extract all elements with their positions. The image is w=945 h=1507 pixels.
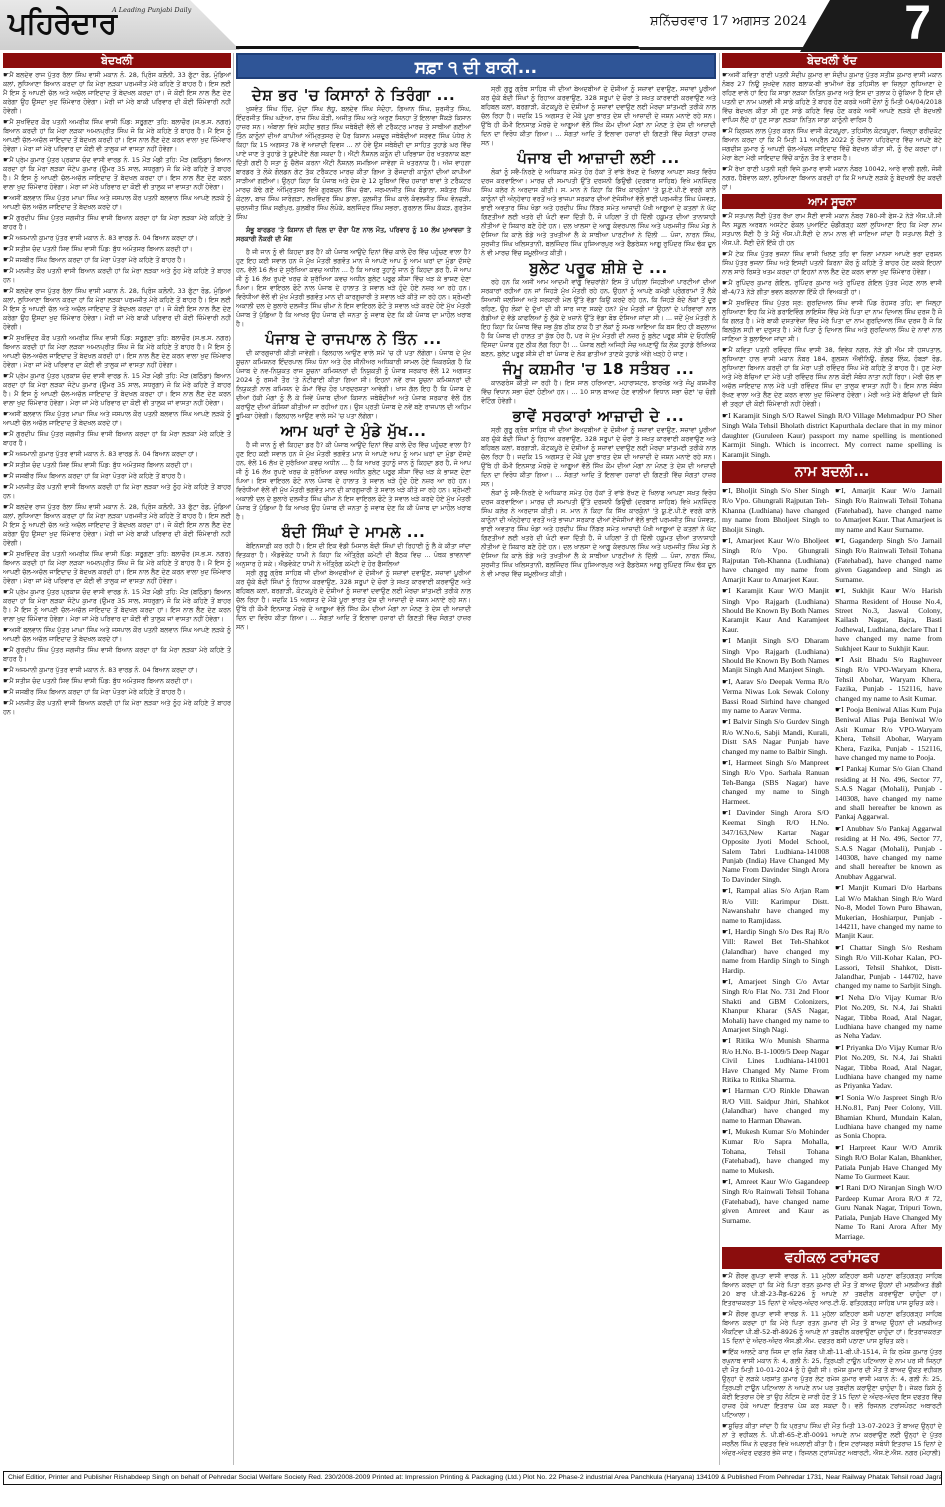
section-title-aam-suchna: ਆਮ ਸੂਚਨਾ bbox=[722, 194, 942, 209]
notice: I Davinder Singh Arora S/O Keemat Singh … bbox=[722, 808, 829, 884]
notice: ਮੈਂ ਗੁਰਦੀਪ ਸਿੰਘ ਪੁੱਤਰ ਜਗਜੀਤ ਸਿੰਘ ਵਾਸੀ ਬਿ… bbox=[3, 214, 231, 232]
column-divider bbox=[233, 53, 234, 1465]
notice: I, Amreet Kaur W/o Gagandeep Singh R/o R… bbox=[722, 1177, 829, 1225]
notice: ਮੈਂ ਗੌਰਵ ਗੁਪਤਾ ਵਾਸੀ ਵਾਰਡ ਨੰ. 11 ਮੁਹੱਲਾ ਕ… bbox=[722, 1272, 942, 1308]
notice: I Manjit Kumari D/o Harbans Lal W/o Makh… bbox=[835, 883, 942, 940]
article-body: ਬੇਇਨਸਾਫ਼ੀ ਕਰ ਰਹੀ ਹੈ। ਇਸ ਦੀ ਇਕ ਵੱਡੀ ਮਿਸਾਲ… bbox=[236, 542, 471, 569]
tagline: A Leading Punjabi Daily bbox=[112, 6, 191, 14]
notice: ਮੈਂ ਬਲਦੇਵ ਰਾਜ ਪੁੱਤਰ ਰੱਲਾ ਸਿੰਘ ਵਾਸੀ ਮਕਾਨ … bbox=[3, 287, 231, 332]
notice: ਮੈਂ ਕ੍ਰਿਸ਼ਨ ਲਾਲ ਪੁੱਤਰ ਕਰਨ ਸਿੰਘ ਵਾਸੀ ਕੋਟਕ… bbox=[722, 127, 942, 163]
notice: ਮੈਂ ਕਵਿਤਾ ਪਤਨੀ ਰਵਿੰਦਰ ਸਿੰਘ ਵਾਸੀ 38, ਵਿਵੇ… bbox=[722, 346, 942, 409]
notice: ਅਸੀਂ ਬਲਵਾਨ ਸਿੰਘ ਪੁੱਤਰ ਮਾਘਾ ਸਿੰਘ ਅਤੇ ਜਸਪਾ… bbox=[3, 194, 231, 212]
notice: I Anubhav S/o Pankaj Aggarwal residing a… bbox=[835, 824, 942, 881]
section-title-bedakhli: ਬੇਦਖਲੀ bbox=[3, 53, 231, 68]
section-title-bedakhli-radd: ਬੇਦਖਲੀ ਰੱਦ bbox=[722, 53, 942, 68]
article-body: ਦੀ ਕਾਰਗੁਜ਼ਾਰੀ ਕੀਤੀ ਜਾਵੇਗੀ। ਫਿਲਹਾਲ ਆਉਣ ਵਾ… bbox=[236, 349, 471, 421]
issue-date: ਸ਼ਨਿੱਚਰਵਾਰ 17 ਅਗਸਤ 2024 bbox=[650, 14, 807, 29]
notice: ਮੈਂ ਪ੍ਰੇਮ ਕੁਮਾਰ ਪੁੱਤਰ ਪ੍ਰਕਾਸ਼ ਚੰਦ ਵਾਸੀ ਵ… bbox=[3, 156, 231, 192]
article-body: ਸ੍ਰੀ ਗੁਰੂ ਗ੍ਰੰਥ ਸਾਹਿਬ ਜੀ ਦੀਆਂ ਬੇਅਦਬੀਆਂ ਦ… bbox=[481, 426, 716, 489]
article-headline: ਪੰਜਾਬ ਦੇ ਰਾਜਪਾਲ ਨੇ ਤਿੰਨ ... bbox=[236, 335, 471, 344]
notice: I, Aarav S/o Deepak Verma R/o Verma Niwa… bbox=[722, 677, 829, 716]
notice: ਮੈਂ ਜਸਬੀਰ ਸਿੰਘ ਬਿਆਨ ਕਰਦਾ ਹਾਂ ਕਿ ਮੇਰਾ ਪੋਤ… bbox=[3, 688, 231, 697]
notice: I Rani D/O Niranjan Singh W/O Pardeep Ku… bbox=[835, 1183, 942, 1240]
notice: I Neha D/o Vijay Kumar R/o Plot No.209, … bbox=[835, 993, 942, 1041]
right-column-classifieds: ਬੇਦਖਲੀ ਰੱਦ ਅਸੀਂ ਕਵਿਤਾ ਰਾਣੀ ਪਤਨੀ ਸੰਦੀਪ ਕੁ… bbox=[722, 53, 942, 1465]
notice: I Priyanka D/o Vijay Kumar R/o Plot No.2… bbox=[835, 1043, 942, 1091]
continued-from-page-1-banner: ਸਫ਼ਾ ੧ ਦੀ ਬਾਕੀ... bbox=[236, 53, 716, 79]
article-headline: ਪੰਜਾਬ ਦੀ ਆਜ਼ਾਦੀ ਲਈ ... bbox=[481, 154, 716, 163]
notice: ਮੈਂ ਪ੍ਰੇਮ ਕੁਮਾਰ ਪੁੱਤਰ ਪ੍ਰਕਾਸ਼ ਚੰਦ ਵਾਸੀ ਵ… bbox=[3, 372, 231, 408]
notice: I Ritika W/o Munish Sharma R/o H.No. B-1… bbox=[722, 1036, 829, 1084]
notice: ਮੈਂ ਸੁਖਵਿੰਦਰ ਸਿੰਘ ਪੁੱਤਰ ਸ੍ਰ: ਗੁਰਦਿਆਲ ਸਿੰ… bbox=[722, 299, 942, 344]
left-column-classifieds: ਬੇਦਖਲੀ ਮੈਂ ਬਲਦੇਵ ਰਾਜ ਪੁੱਤਰ ਰੱਲਾ ਸਿੰਘ ਵਾਸ… bbox=[3, 53, 231, 1465]
article-subhead: ਸ਼ੰਭੂ ਬਾਰਡਰ 'ਤੇ ਕਿਸਾਨ ਦੀ ਦਿਲ ਦਾ ਦੌਰਾ ਪੈਣ… bbox=[236, 226, 471, 244]
name-change-right: I, Amarjit Kaur W/o Jarnail Singh R/o Ra… bbox=[835, 486, 942, 1243]
section-title-naam-badli: ਨਾਮ ਬਦਲੀ... bbox=[722, 461, 942, 483]
article-body: ਲੋਕਾਂ ਨੂੰ ਸਵੈ-ਨਿਰਣੇ ਦੇ ਅਧਿਕਾਰ ਸਮੇਤ ਹੋਰ ਹ… bbox=[481, 489, 716, 579]
notice: ਮੈਂ ਗੁਰਦੀਪ ਸਿੰਘ ਪੁੱਤਰ ਜਗਜੀਤ ਸਿੰਘ ਵਾਸੀ ਬਿ… bbox=[3, 646, 231, 664]
section-title-vehicle-transfer: ਵਹੀਕਲ ਟਰਾਂਸਫਰ bbox=[722, 1247, 942, 1269]
notice: ਇੱਕ ਆਲਟੋ ਕਾਰ ਜਿਸ ਦਾ ਰਜਿ ਨੰਬਰ ਪੀ.ਬੀ-11-ਬੀ… bbox=[722, 1348, 942, 1420]
notice-english: I Karamjit Singh S/O Rawel Singh R/O Vil… bbox=[722, 411, 942, 459]
notice: I, Amarjit Kaur W/o Jarnail Singh R/o Ra… bbox=[835, 486, 942, 534]
notice: ਮੈਂ ਸਤੀਸ਼ ਚੰਦ ਪਤਨੀ ਸ਼ਿਵ ਸਿੰਘ ਵਾਸੀ ਪਿੰਡ: … bbox=[3, 461, 231, 470]
notice: I, Harmeet Singh S/o Manpreet Singh R/o … bbox=[722, 758, 829, 806]
article-body: ਸ੍ਰੀ ਗੁਰੂ ਗ੍ਰੰਥ ਸਾਹਿਬ ਜੀ ਦੀਆਂ ਬੇਅਦਬੀਆਂ ਦ… bbox=[481, 85, 716, 148]
article-body: ਹੈ ਜੀ ਜਾਨ ਨੂੰ ਵੀ ਕਿਹਦਾ ਡਰ ਹੈ? ਕੀ ਪੰਜਾਬ ਆ… bbox=[236, 441, 471, 522]
article-headline: ਜੰਮੂ ਕਸ਼ਮੀਰ 'ਚ 18 ਸਤੰਬਰ ... bbox=[481, 365, 716, 374]
masthead: ਪਹਿਰੇਦਾਰ A Leading Punjabi Daily ਸ਼ਨਿੱਚਰ… bbox=[0, 0, 945, 50]
notice: I Harman C/O Rinkle Dhawan R/O Vill. Sai… bbox=[722, 1086, 829, 1125]
notice: I Harpreet Kaur W/O Amrik Singh R/O Bola… bbox=[835, 1143, 942, 1182]
notice: ਮੈਂ ਰੁਪਿੰਦਰ ਕੁਮਾਰ ਗੋਇਲ, ਰੁਪਿੰਦਰ ਕੁਮਾਰ ਅਤ… bbox=[722, 279, 942, 297]
article-body: ਕਾਨਫਰੰਸ ਕੀਤੀ ਜਾ ਰਹੀ ਹੈ। ਇਸ ਸਾਲ ਹਰਿਆਣਾ, ਮ… bbox=[481, 379, 716, 406]
notice: I Sonia W/o Jaspreet Singh R/o H.No.81, … bbox=[835, 1093, 942, 1141]
notice: ਮੈਂ ਮਨਜੀਤ ਕੌਰ ਪਤਨੀ ਵਾਸੀ ਬਿਆਨ ਕਰਦੀ ਹਾਂ ਕਿ… bbox=[3, 267, 231, 285]
notice: ਅਸੀਂ ਬਲਵਾਨ ਸਿੰਘ ਪੁੱਤਰ ਮਾਘਾ ਸਿੰਘ ਅਤੇ ਜਸਪਾ… bbox=[3, 626, 231, 644]
article-headline: ਬੰਦੀ ਸਿੰਘਾਂ ਦੇ ਮਾਮਲੇ ... bbox=[236, 528, 471, 537]
notice: I, Amarjeet Singh C/o Avtar Singh R/o Fl… bbox=[722, 977, 829, 1034]
article-headline: ਆਮ ਘਰਾਂ ਦੇ ਮੁੰਡੇ ਮੁੱਖ... bbox=[236, 427, 471, 436]
article-body: ਹੈ ਜੀ ਜਾਨ ਨੂੰ ਵੀ ਕਿਹਦਾ ਡਰ ਹੈ? ਕੀ ਪੰਜਾਬ ਆ… bbox=[236, 248, 471, 329]
notice: I, Rampal alias S/o Arjan Ram R/o Vill: … bbox=[722, 886, 829, 925]
notice: I Manjit Singh S/O Dharam Singh Vpo Rajg… bbox=[722, 636, 829, 675]
name-change-left: I, Bholjit Singh S/o Sher Singh R/o Vpo.… bbox=[722, 486, 829, 1243]
column-divider bbox=[719, 53, 720, 1465]
notice: I, Gaganderp Singh S/o Jarnail Singh R/o… bbox=[835, 536, 942, 584]
notice: ਅਸੀਂ ਬਲਵਾਨ ਸਿੰਘ ਪੁੱਤਰ ਮਾਘਾ ਸਿੰਘ ਅਤੇ ਜਸਪਾ… bbox=[3, 410, 231, 428]
notice: I, Mukesh Kumar S/o Mohinder Kumar R/o S… bbox=[722, 1127, 829, 1175]
notice: I, Sukhjit Kaur W/o Harish Sharma Reside… bbox=[835, 586, 942, 653]
notice: ਮੈਂ ਗੌਰਵ ਗੁਪਤਾ ਵਾਸੀ ਵਾਰਡ ਨੰ. 11 ਮੁਹੱਲਾ ਕ… bbox=[722, 1310, 942, 1346]
notice: ਮੈਂ ਸੁਖਵਿੰਦਰ ਕੌਰ ਪਤਨੀ ਅਮਰੀਕ ਸਿੰਘ ਵਾਸੀ ਪਿ… bbox=[3, 550, 231, 586]
notice: I, Amarjeet Kaur W/o Bholjeet Singh R/o … bbox=[722, 536, 829, 584]
notice: I Pooja Beniwal Alias Kum Puja Beniwal A… bbox=[835, 705, 942, 762]
notice: ਮੈਂ ਬਲਦੇਵ ਰਾਜ ਪੁੱਤਰ ਰੱਲਾ ਸਿੰਘ ਵਾਸੀ ਮਕਾਨ … bbox=[3, 503, 231, 548]
article-headline: ਬੁਲੇਟ ਪਰੂਫ ਸ਼ੀਸ਼ੇ ਦੇ ... bbox=[481, 264, 716, 273]
notice: ਮੈਂ ਟੇਕ ਸਿੰਘ ਪੁੱਤਰ ਭਜਨਾ ਸਿੰਘ ਵਾਸੀ ਖਿਲਣ ਤ… bbox=[722, 250, 942, 277]
notice: I Pankaj Kumar S/o Gian Chand residing a… bbox=[835, 764, 942, 821]
notice: ਮੈਂ ਅਜਮਾਨੀ ਕੁਮਾਰ ਪੁੱਤਰ ਵਾਸੀ ਮਕਾਨ ਨੰ. 83 … bbox=[3, 666, 231, 675]
notice: ਮੈਂ ਸਤੀਸ਼ ਚੰਦ ਪਤਨੀ ਸ਼ਿਵ ਸਿੰਘ ਵਾਸੀ ਪਿੰਡ: … bbox=[3, 245, 231, 254]
notice: ਮੈਂ ਪ੍ਰੇਮ ਕੁਮਾਰ ਪੁੱਤਰ ਪ੍ਰਕਾਸ਼ ਚੰਦ ਵਾਸੀ ਵ… bbox=[3, 588, 231, 624]
notice: I Asit Bhadu S/o Raghuveer Singh R/o VPO… bbox=[835, 655, 942, 703]
newspaper-logo: ਪਹਿਰੇਦਾਰ bbox=[8, 6, 116, 41]
notice: ਮੈਂ ਸੁਖਵਿੰਦਰ ਕੌਰ ਪਤਨੀ ਅਮਰੀਕ ਸਿੰਘ ਵਾਸੀ ਪਿ… bbox=[3, 334, 231, 370]
notice: ਅਸੀਂ ਕਵਿਤਾ ਰਾਣੀ ਪਤਨੀ ਸੰਦੀਪ ਕੁਮਾਰ ਵਾ ਸੰਦੀ… bbox=[722, 71, 942, 125]
notice: ਮੈਂ ਜਸਬੀਰ ਸਿੰਘ ਬਿਆਨ ਕਰਦਾ ਹਾਂ ਕਿ ਮੇਰਾ ਪੋਤ… bbox=[3, 472, 231, 481]
middle-right-subcolumn: ਸ੍ਰੀ ਗੁਰੂ ਗ੍ਰੰਥ ਸਾਹਿਬ ਜੀ ਦੀਆਂ ਬੇਅਦਬੀਆਂ ਦ… bbox=[481, 85, 716, 632]
masthead-rule bbox=[236, 46, 706, 49]
imprint-footer: Chief Editior, Printer and Publisher Ris… bbox=[3, 1471, 942, 1485]
notice: ਮੈਂ ਜਸਬੀਰ ਸਿੰਘ ਬਿਆਨ ਕਰਦਾ ਹਾਂ ਕਿ ਮੇਰਾ ਪੋਤ… bbox=[3, 256, 231, 265]
notice: ਸੂਚਿਤ ਕੀਤਾ ਜਾਂਦਾ ਹੈ ਕਿ ਪ੍ਰਤਾਪ ਸਿੰਘ ਦੀ ਮੌ… bbox=[722, 1422, 942, 1458]
middle-column-news: ਸਫ਼ਾ ੧ ਦੀ ਬਾਕੀ... ਦੇਸ਼ ਭਰ 'ਚ ਕਿਸਾਨਾਂ ਨੇ … bbox=[236, 53, 716, 1465]
article-body: ਖੁਸ਼ਵੰਤ ਸਿੰਘ ਹਿੰਦ, ਮੁੱਦਾ ਸਿੰਘ ਲੱਧੂ, ਬਲਦੇ… bbox=[236, 105, 471, 222]
notice: I Karamjit Kaur W/O Manjit Singh Vpo Raj… bbox=[722, 586, 829, 634]
notice: ਮੈਂ ਅਜਮਾਨੀ ਕੁਮਾਰ ਪੁੱਤਰ ਵਾਸੀ ਮਕਾਨ ਨੰ. 83 … bbox=[3, 234, 231, 243]
article-headline: ਦੇਸ਼ ਭਰ 'ਚ ਕਿਸਾਨਾਂ ਨੇ ਤਿਰੰਗਾ ... bbox=[236, 91, 471, 100]
notice: ਮੈਂ ਮਨਜੀਤ ਕੌਰ ਪਤਨੀ ਵਾਸੀ ਬਿਆਨ ਕਰਦੀ ਹਾਂ ਕਿ… bbox=[3, 699, 231, 717]
notice: ਮੈਂ ਸਤਪਾਲ ਸੈਣੀ ਪੁੱਤਰ ਰੱਖਾ ਰਾਮ ਸੈਣੀ ਵਾਸੀ … bbox=[722, 212, 942, 248]
notice: I, Hardip Singh S/o Des Raj R/o Vill: Ra… bbox=[722, 927, 829, 975]
notice: ਮੈਂ ਸਤੀਸ਼ ਚੰਦ ਪਤਨੀ ਸ਼ਿਵ ਸਿੰਘ ਵਾਸੀ ਪਿੰਡ: … bbox=[3, 677, 231, 686]
page-number: 7 bbox=[904, 0, 931, 51]
article-headline: ਭਾਵੇਂ ਸਰਕਾਰਾਂ ਆਜ਼ਾਦੀ ਦੇ ... bbox=[481, 412, 716, 421]
article-body: ਲੋਕਾਂ ਨੂੰ ਸਵੈ-ਨਿਰਣੇ ਦੇ ਅਧਿਕਾਰ ਸਮੇਤ ਹੋਰ ਹ… bbox=[481, 168, 716, 258]
notice: ਮੈਂ ਸੁਖਵਿੰਦਰ ਕੌਰ ਪਤਨੀ ਅਮਰੀਕ ਸਿੰਘ ਵਾਸੀ ਪਿ… bbox=[3, 118, 231, 154]
notice: I, Bholjit Singh S/o Sher Singh R/o Vpo.… bbox=[722, 486, 829, 534]
notice: ਮੈਂ ਗੁਰਦੀਪ ਸਿੰਘ ਪੁੱਤਰ ਜਗਜੀਤ ਸਿੰਘ ਵਾਸੀ ਬਿ… bbox=[3, 430, 231, 448]
notice: I Chattar Singh S/o Resham Singh R/o Vil… bbox=[835, 943, 942, 991]
article-body: ਰਹੇ ਹਨ ਕਿ ਅਸੀਂ ਆਮ ਆਦਮੀ ਵਾਂਗੂੰ ਵਿਚਰਾਂਗੇ? … bbox=[481, 278, 716, 359]
notice: ਮੈਂ ਮਨਜੀਤ ਕੌਰ ਪਤਨੀ ਵਾਸੀ ਬਿਆਨ ਕਰਦੀ ਹਾਂ ਕਿ… bbox=[3, 483, 231, 501]
notice: ਮੈਂ ਅਜਮਾਨੀ ਕੁਮਾਰ ਪੁੱਤਰ ਵਾਸੀ ਮਕਾਨ ਨੰ. 83 … bbox=[3, 450, 231, 459]
notice: ਮੈਂ ਬਲਦੇਵ ਰਾਜ ਪੁੱਤਰ ਰੱਲਾ ਸਿੰਘ ਵਾਸੀ ਮਕਾਨ … bbox=[3, 71, 231, 116]
article-body: ਸ੍ਰੀ ਗੁਰੂ ਗ੍ਰੰਥ ਸਾਹਿਬ ਜੀ ਦੀਆਂ ਬੇਅਦਬੀਆਂ ਦ… bbox=[236, 569, 471, 632]
notice: I Balvir Singh S/o Gurdev Singh R/o W.No… bbox=[722, 717, 829, 756]
notice: ਮੈਂ ਰੇਖਾ ਰਾਣੀ ਪਤਨੀ ਸ੍ਰੀ ਵਿਜੇ ਕੁਮਾਰ ਵਾਸੀ … bbox=[722, 165, 942, 192]
middle-left-subcolumn: ਦੇਸ਼ ਭਰ 'ਚ ਕਿਸਾਨਾਂ ਨੇ ਤਿਰੰਗਾ ... ਖੁਸ਼ਵੰਤ… bbox=[236, 85, 471, 632]
